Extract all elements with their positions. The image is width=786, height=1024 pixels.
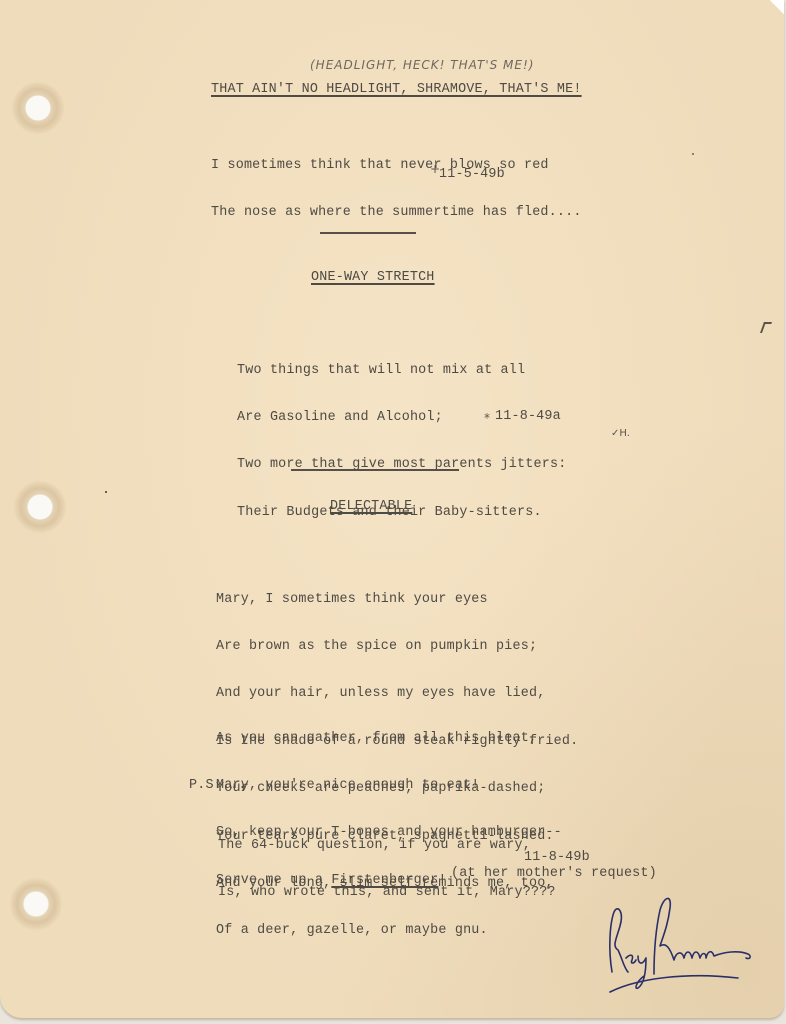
poem-line: Mary, I sometimes think your eyes [216,592,578,608]
speck [105,491,107,493]
poem-line: Are brown as the spice on pumpkin pies; [216,639,578,655]
poem-date: 11-5-49b [439,167,505,183]
poem-line: Two things that will not mix at all [237,363,566,379]
typed-page: (HEADLIGHT, HECK! THAT'S ME!) THAT AIN'T… [0,0,784,1018]
poem-line: Is, who wrote this, and sent it, Mary???… [218,885,556,901]
poem-title-headlight: THAT AIN'T NO HEADLIGHT, SHRAMOVE, THAT'… [211,82,582,98]
section-divider [320,232,416,234]
ps-label: P.S.... [189,778,247,794]
stray-mark [760,322,772,333]
poem-line: Mary, you're nice enough to eat! [216,778,562,794]
binder-hole [12,82,64,134]
section-divider [291,469,459,471]
poem-title-delectable: DELECTABLE [330,499,412,515]
handwritten-note: (HEADLIGHT, HECK! THAT'S ME!) [310,58,534,72]
binder-hole [14,481,66,533]
poem-date: 11-8-49b [524,850,590,866]
poem-line: As you can gather, from all this bleat, [216,731,562,747]
poem-line: The nose as where the summertime has fle… [211,205,582,221]
check-mark: ✓H. [611,428,630,439]
poem-line: I sometimes think that never blows so re… [211,158,582,174]
poem-date: 11-8-49a [495,409,561,425]
signature [598,888,758,998]
poem-line: The 64-buck question, if you are wary, [218,838,556,854]
poem-title-one-way-stretch: ONE-WAY STRETCH [311,270,435,286]
speck [692,153,694,155]
poem-body-one-way-stretch: Two things that will not mix at all Are … [237,331,566,552]
date-note: (at her mother's request) [451,866,657,882]
binder-hole [10,878,62,930]
date-mark: * [484,411,490,425]
